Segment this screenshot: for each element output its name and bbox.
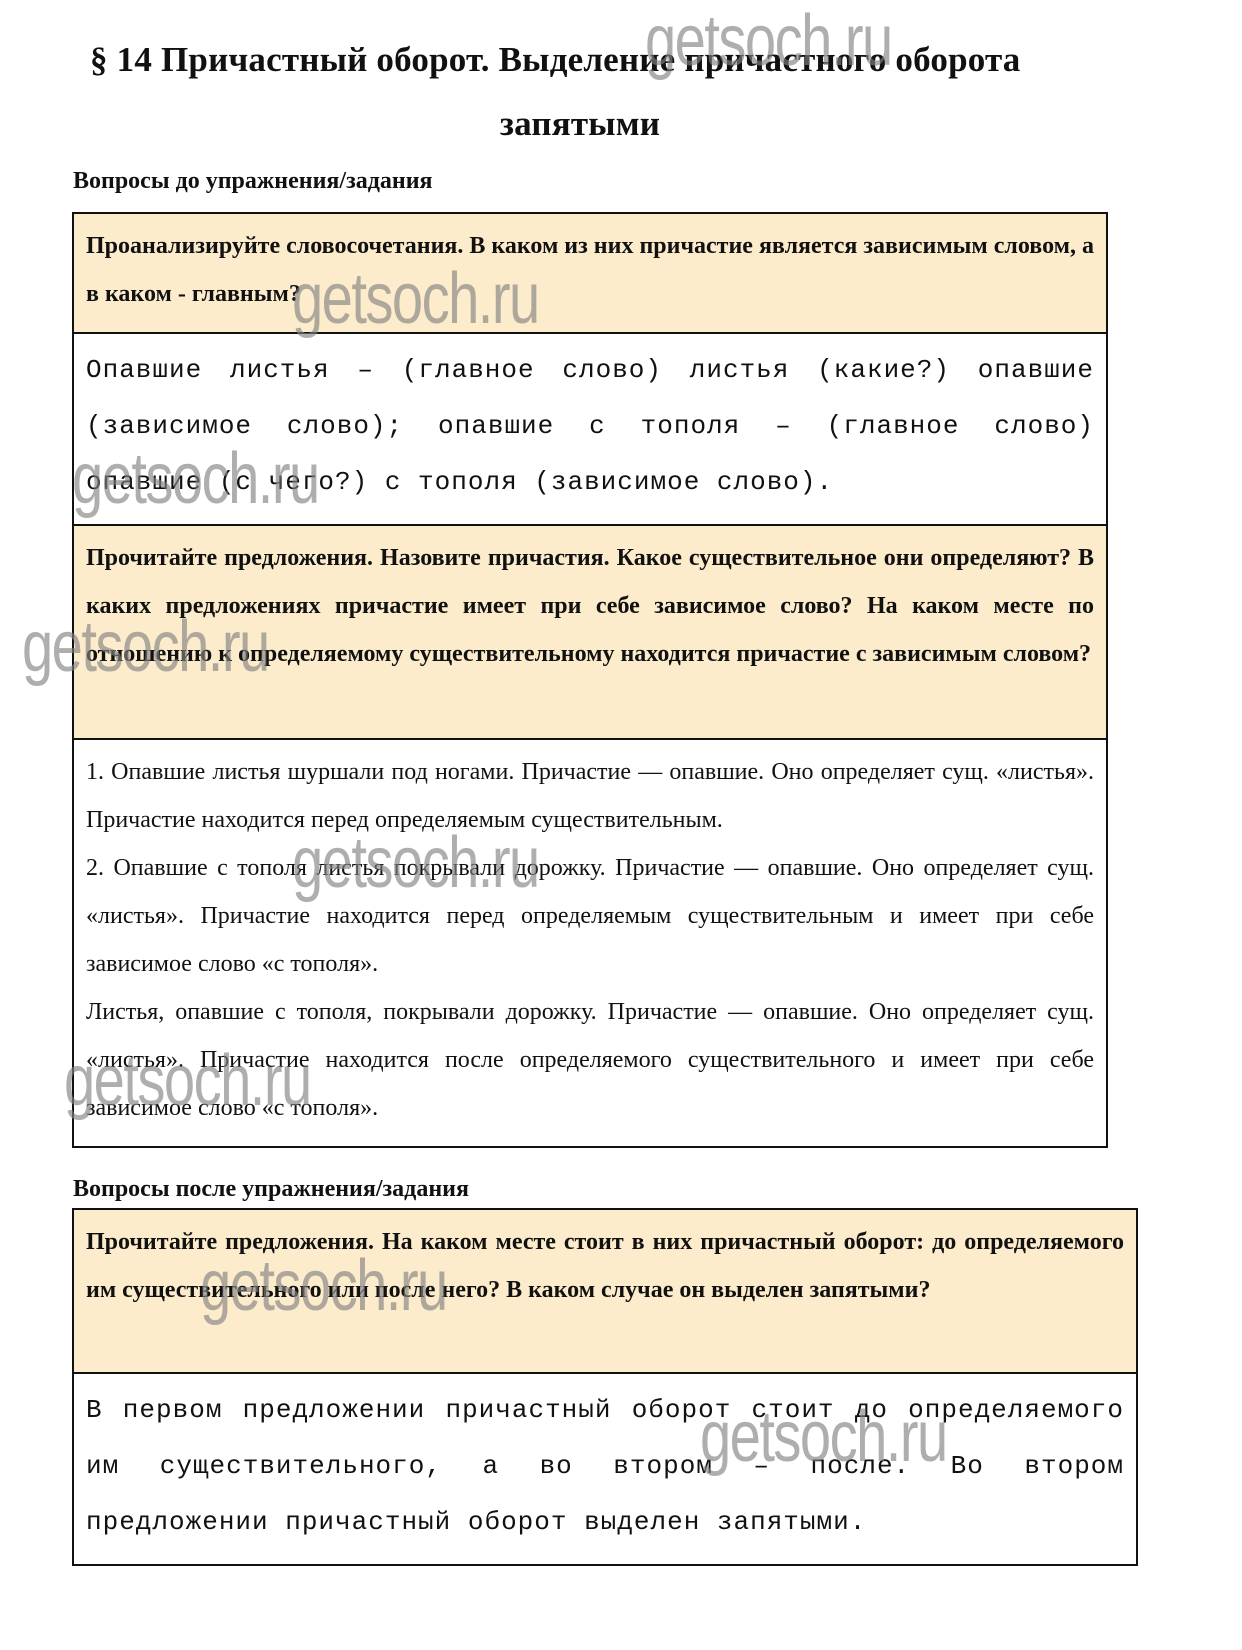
- table-row: 1. Опавшие листья шуршали под ногами. Пр…: [73, 739, 1107, 1147]
- qa-table-before: Проанализируйте словосочетания. В каком …: [72, 212, 1108, 1148]
- table-row: Опавшие листья – (главное слово) листья …: [73, 333, 1107, 525]
- question-cell: Прочитайте предложения. Назовите причаст…: [73, 525, 1107, 739]
- section-label-after: Вопросы после упражнения/задания: [73, 1176, 469, 1203]
- answer-paragraph: 1. Опавшие листья шуршали под ногами. Пр…: [86, 748, 1094, 844]
- question-cell: Прочитайте предложения. На каком месте с…: [73, 1209, 1137, 1373]
- table-row: Проанализируйте словосочетания. В каком …: [73, 213, 1107, 333]
- table-row: В первом предложении причастный оборот с…: [73, 1373, 1137, 1565]
- answer-cell: В первом предложении причастный оборот с…: [73, 1373, 1137, 1565]
- qa-table-after: Прочитайте предложения. На каком месте с…: [72, 1208, 1138, 1566]
- page-title-line-2: запятыми: [0, 104, 1160, 144]
- page-title-line-1: § 14 Причастный оборот. Выделение причас…: [90, 40, 1021, 80]
- section-label-before: Вопросы до упражнения/задания: [73, 168, 433, 195]
- answer-cell: Опавшие листья – (главное слово) листья …: [73, 333, 1107, 525]
- table-row: Прочитайте предложения. На каком месте с…: [73, 1209, 1137, 1373]
- answer-cell: 1. Опавшие листья шуршали под ногами. Пр…: [73, 739, 1107, 1147]
- question-cell: Проанализируйте словосочетания. В каком …: [73, 213, 1107, 333]
- answer-paragraph: 2. Опавшие с тополя листья покрывали дор…: [86, 844, 1094, 988]
- table-row: Прочитайте предложения. Назовите причаст…: [73, 525, 1107, 739]
- answer-paragraph: Листья, опавшие с тополя, покрывали доро…: [86, 988, 1094, 1132]
